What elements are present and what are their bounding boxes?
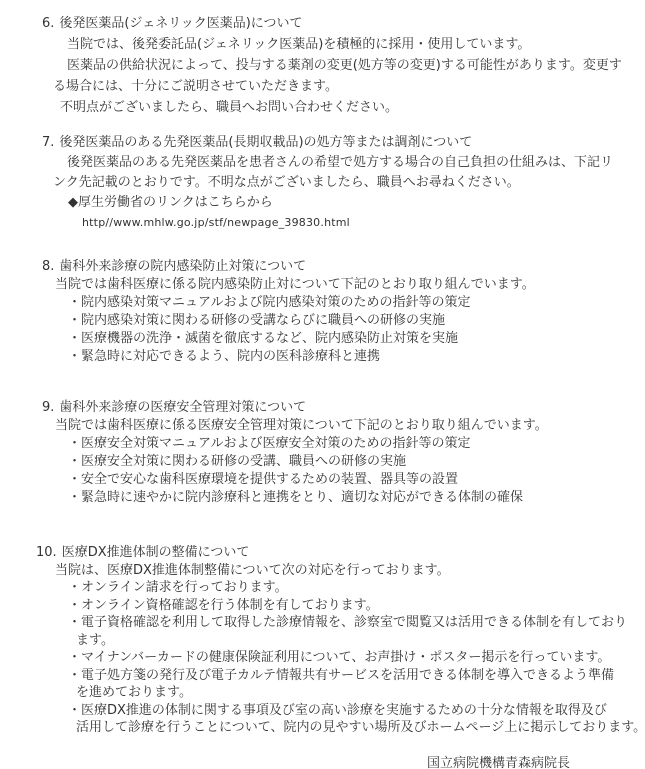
section: 9.歯科外来診療の医療安全管理対策について 当院では歯科医療に係る医療安全管理対… [0, 399, 645, 507]
section-heading: 9.歯科外来診療の医療安全管理対策について [0, 399, 645, 417]
section-line: ・緊急時に対応できるよう、院内の医科診療科と連携 [0, 348, 645, 366]
section-line: ・安全で安心な歯科医療環境を提供するための装置、器具等の設置 [0, 471, 645, 489]
section-line: ・院内感染対策に関わる研修の受講ならびに職員への研修の実施 [0, 312, 645, 330]
section-line: 後発医薬品のある先発医薬品を患者さんの希望で処方する場合の自己負担の仕組みは、下… [0, 153, 645, 173]
section-line: ・オンライン請求を行っております。 [0, 579, 645, 597]
section-title: 後発医薬品のある先発医薬品(長期収載品)の処方等または調剤について [59, 135, 472, 150]
section-line: 活用して診療を行うことについて、院内の見やすい場所及びホームページ上に掲示してお… [0, 719, 645, 737]
section-line: ◆厚生労働省のリンクはこちらから [0, 193, 645, 213]
section: 6.後発医薬品(ジェネリック医薬品)について 当院では、後発委託品(ジェネリック… [0, 13, 645, 118]
section-line: 当院では歯科医療に係る院内感染防止対について下記のとおり取り組んでいます。 [0, 276, 645, 294]
section-line: ・医療機器の洗浄・滅菌を徹底するなど、院内感染防止対策を実施 [0, 330, 645, 348]
section-number: 8. [42, 258, 54, 276]
section-number: 9. [42, 399, 54, 417]
sections-container: 6.後発医薬品(ジェネリック医薬品)について 当院では、後発委託品(ジェネリック… [0, 13, 645, 737]
document-page: 6.後発医薬品(ジェネリック医薬品)について 当院では、後発委託品(ジェネリック… [0, 13, 645, 769]
section-line: ・院内感染対策マニュアルおよび院内感染対策のための指針等の策定 [0, 294, 645, 312]
section-line: ・緊急時に速やかに院内診療科と連携をとり、適切な対応ができる体制の確保 [0, 489, 645, 507]
section-number: 7. [42, 133, 54, 153]
section: 10.医療DX推進体制の整備について 当院は、医療DX推進体制整備について次の対… [0, 544, 645, 737]
section-line: ・医療安全対策に関わる研修の受講、職員への研修の実施 [0, 453, 645, 471]
section-title: 歯科外来診療の院内感染防止対策について [59, 259, 306, 274]
section-line: 医薬品の供給状況によって、投与する薬剤の変更(処方等の変更)する可能性があります… [0, 55, 645, 76]
section-line: 当院では歯科医療に係る医療安全管理対策について下記のとおり取り組んでいます。 [0, 417, 645, 435]
section-lines: 当院では歯科医療に係る院内感染防止対について下記のとおり取り組んでいます。・院内… [0, 276, 645, 366]
section-line: る場合には、十分にご説明させていただきます。 [0, 76, 645, 97]
section-line: ・電子資格確認を利用して取得した診療情報を、診察室で閲覧又は活用できる体制を有し… [0, 614, 645, 632]
section-heading: 8.歯科外来診療の院内感染防止対策について [0, 258, 645, 276]
section-line: 不明点がございましたら、職員へお問い合わせください。 [0, 97, 645, 118]
section-line: を進めております。 [0, 684, 645, 702]
section-heading: 10.医療DX推進体制の整備について [0, 544, 645, 562]
section-title: 歯科外来診療の医療安全管理対策について [59, 400, 306, 415]
section-title: 医療DX推進体制の整備について [62, 545, 250, 560]
section-line: ・オンライン資格確認を行う体制を有しております。 [0, 597, 645, 615]
section: 8.歯科外来診療の院内感染防止対策について 当院では歯科医療に係る院内感染防止対… [0, 258, 645, 366]
section-line: 当院では、後発委託品(ジェネリック医薬品)を積極的に採用・使用しています。 [0, 34, 645, 55]
section-number: 6. [42, 13, 54, 34]
section-line: 当院は、医療DX推進体制整備について次の対応を行っております。 [0, 562, 645, 580]
section-lines: 当院では、後発委託品(ジェネリック医薬品)を積極的に採用・使用しています。医薬品… [0, 34, 645, 118]
section-lines: 当院は、医療DX推進体制整備について次の対応を行っております。・オンライン請求を… [0, 562, 645, 737]
section-heading: 6.後発医薬品(ジェネリック医薬品)について [0, 13, 645, 34]
section-heading: 7.後発医薬品のある先発医薬品(長期収載品)の処方等または調剤について [0, 133, 645, 153]
section-title: 後発医薬品(ジェネリック医薬品)について [59, 16, 302, 31]
section: 7.後発医薬品のある先発医薬品(長期収載品)の処方等または調剤について 後発医薬… [0, 133, 645, 232]
section-line: ・医療DX推進の体制に関する事項及び室の高い診療を実施するための十分な情報を取得… [0, 702, 645, 720]
section-number: 10. [36, 544, 57, 562]
section-line: ンク先記載のとおりです。不明な点がございましたら、職員へお尋ねください。 [0, 173, 645, 193]
section-line: ・医療安全対策マニュアルおよび医療安全対策のための指針等の策定 [0, 435, 645, 453]
section-line: http//www.mhlw.go.jp/stf/newpage_39830.h… [0, 213, 645, 232]
signature-line: 国立病院機構青森病院長 [0, 753, 645, 769]
section-line: ・マイナンバーカードの健康保険証利用について、お声掛け・ポスター掲示を行っていま… [0, 649, 645, 667]
section-lines: 当院では歯科医療に係る医療安全管理対策について下記のとおり取り組んでいます。・医… [0, 417, 645, 507]
section-line: ・電子処方箋の発行及び電子カルテ情報共有サービスを活用できる体制を導入できるよう… [0, 667, 645, 685]
section-lines: 後発医薬品のある先発医薬品を患者さんの希望で処方する場合の自己負担の仕組みは、下… [0, 153, 645, 232]
section-line: ます。 [0, 632, 645, 650]
